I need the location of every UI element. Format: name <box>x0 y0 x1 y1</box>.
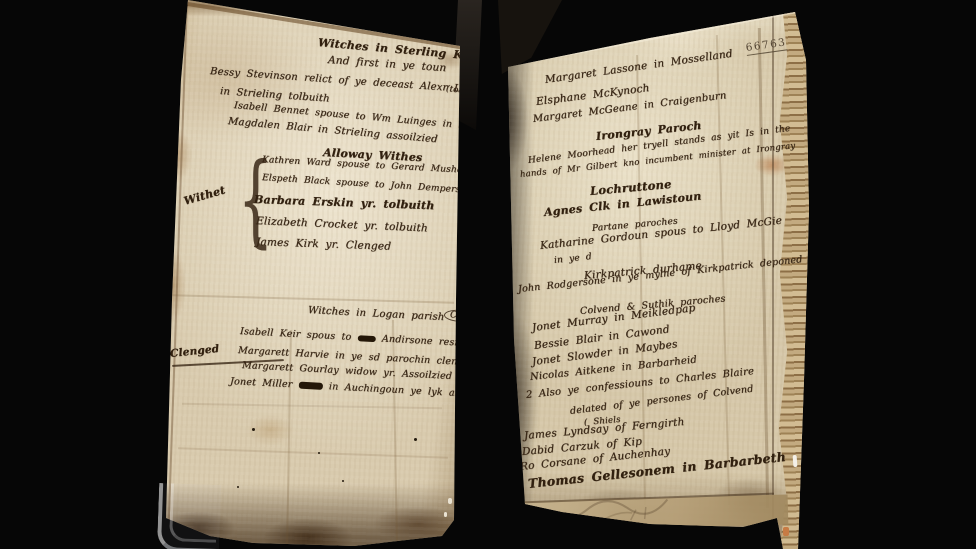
edge-circled-note: Chk <box>444 310 475 322</box>
foxing-speck <box>252 428 255 431</box>
foxing-speck <box>237 486 239 488</box>
ink-blot <box>298 382 322 390</box>
foxing-speck <box>342 480 344 482</box>
paper-tear-highlight <box>444 512 447 517</box>
foxing-speck <box>318 452 320 454</box>
ink-blot <box>358 335 376 342</box>
foxing-speck <box>414 438 417 441</box>
manuscript-photo: Witches in Sterling K And first in ye to… <box>0 0 976 549</box>
binding-warm-fleck <box>783 527 789 536</box>
binding-highlight <box>793 455 798 467</box>
paper-tear-highlight <box>448 498 452 504</box>
deckle-seam <box>772 0 774 549</box>
acrylic-document-stand-inner-edge <box>169 483 218 543</box>
manuscript-left-page: Witches in Sterling K And first in ye to… <box>158 0 470 549</box>
manuscript-right-page: Anent ye Witches in Troqueer paroch 6676… <box>500 0 812 549</box>
